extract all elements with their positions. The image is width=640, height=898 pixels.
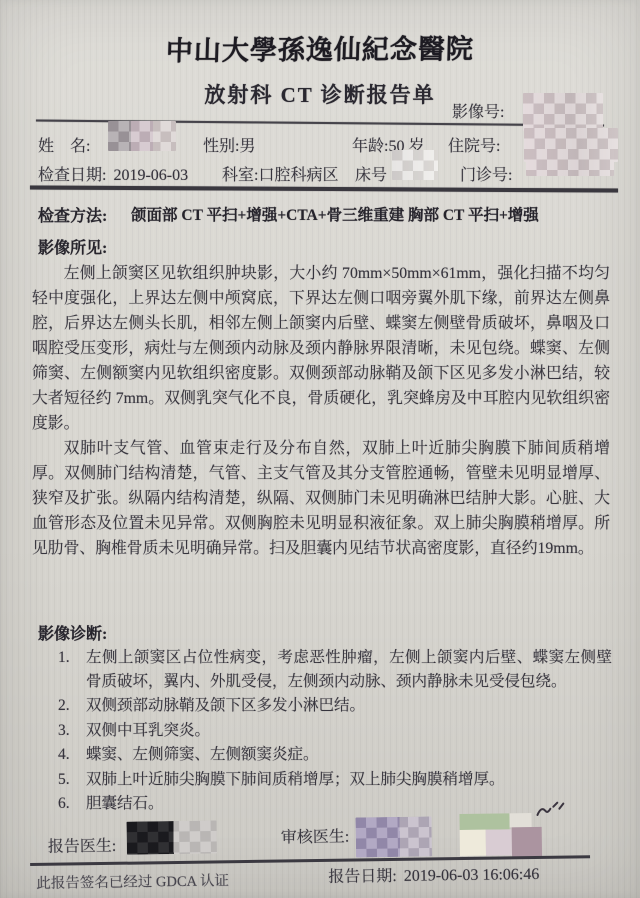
exam-date-label: 检查日期:: [38, 167, 106, 184]
stamp-block: [509, 813, 531, 827]
redacted-patient-name: [108, 121, 176, 151]
report-date-field: 报告日期:2019-06-03 16:06:46: [328, 861, 539, 887]
exam-date-value: 2019-06-03: [113, 167, 188, 184]
diagnosis-list: 左侧上颌窦区占位性病变，考虑恶性肿瘤，左侧上颌窦内后壁、蝶窦左侧壁骨质破坏，翼内…: [40, 646, 612, 817]
report-doctor-label: 报告医生:: [48, 833, 117, 857]
findings-paragraph: 左侧上颌窦区见软组织肿块影，大小约 70mm×50mm×61mm，强化扫描不均匀…: [32, 261, 610, 436]
outpatient-no-label: 门诊号:: [460, 162, 512, 185]
exam-method-label: 检查方法:: [38, 203, 107, 226]
findings-label: 影像所见:: [38, 235, 107, 258]
inpatient-no-label: 住院号:: [448, 133, 500, 156]
image-no-label: 影像号:: [452, 99, 504, 122]
department-label: 科室:: [222, 167, 258, 184]
report-date-label: 报告日期:: [328, 868, 397, 886]
bed-no-label: 床号: [355, 162, 387, 185]
gender-value: 男: [239, 138, 255, 155]
name-label: 姓 名:: [38, 133, 90, 156]
gender-field: 性别:男: [203, 133, 255, 156]
diagnosis-item: 双肺上叶近肺尖胸膜下肺间质稍增厚；双上肺尖胸膜稍增厚。: [86, 768, 612, 792]
redacted-review-doctor-signature: [355, 816, 432, 857]
exam-method-value: 颌面部 CT 平扫+增强+CTA+骨三维重建 胸部 CT 平扫+增强: [131, 203, 539, 225]
signature-note: 此报告签名已经过 GDCA 认证: [36, 869, 229, 893]
diagnosis-item: 蝶窦、左侧筛窦、左侧额窦炎症。: [86, 743, 612, 767]
findings-body: 左侧上颌窦区见软组织肿块影，大小约 70mm×50mm×61mm，强化扫描不均匀…: [32, 261, 610, 561]
ct-report-sheet: 中山大學孫逸仙紀念醫院 放射科 CT 诊断报告单 影像号: 姓 名: 性别:男 …: [0, 0, 640, 898]
department-value: 口腔科病区: [258, 167, 338, 184]
redacted-report-doctor-signature: [127, 820, 217, 854]
diagnosis-label: 影像诊断:: [38, 621, 107, 644]
age-label: 年龄:: [352, 138, 388, 155]
gender-label: 性别:: [203, 138, 239, 155]
department-field: 科室:口腔科病区: [222, 162, 338, 185]
diagnosis-item: 左侧上颌窦区占位性病变，考虑恶性肿瘤，左侧上颌窦内后壁、蝶窦左侧壁骨质破坏，翼内…: [86, 646, 612, 693]
patient-section-divider: [30, 185, 618, 192]
review-doctor-label: 审核医生:: [281, 824, 350, 848]
redacted-bed-no: [392, 150, 438, 180]
redacted-outpatient-no: [526, 149, 614, 176]
diagnosis-item: 双侧颈部动脉鞘及颌下区多发小淋巴结。: [86, 694, 612, 718]
stamp-block: [460, 830, 486, 856]
hospital-name: 中山大學孫逸仙紀念醫院: [0, 26, 640, 69]
diagnosis-item: 双侧中耳乳突炎。: [86, 719, 612, 743]
exam-date-field: 检查日期:2019-06-03: [38, 162, 188, 185]
stamp-block: [459, 813, 509, 830]
report-date-value: 2019-06-03 16:06:46: [404, 866, 540, 885]
findings-paragraph: 双肺叶支气管、血管束走行及分布自然，双肺上叶近肺尖胸膜下肺间质稍增厚。双侧肺门结…: [32, 436, 610, 561]
footer: 报告医生: 审核医生: 此报告签名已经过 GDCA 认证 报告日期:2019-0…: [0, 808, 640, 898]
redacted-image-no: [523, 93, 603, 131]
stamp-block: [512, 827, 542, 857]
handwritten-mark-icon: [531, 799, 567, 824]
stamp-block: [486, 829, 512, 855]
